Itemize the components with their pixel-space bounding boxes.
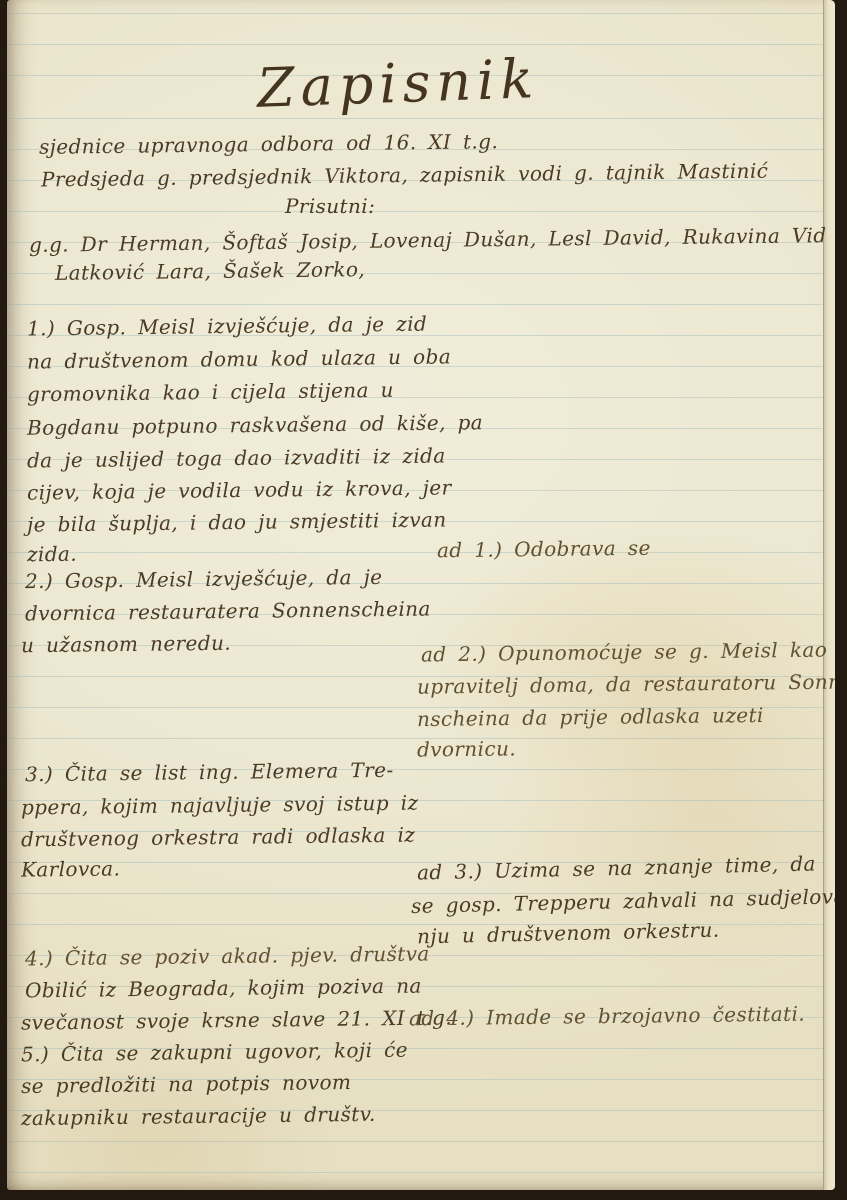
present-heading: Prisutni:: [285, 194, 375, 218]
manuscript-line: 2.) Gosp. Meisl izvješćuje, da je: [25, 565, 383, 593]
attendees-line: g.g. Dr Herman, Šoftaš Josip, Lovenaj Du…: [29, 223, 827, 257]
manuscript-line: ad 4.) Imade se brzojavno čestitati.: [409, 1002, 805, 1031]
manuscript-line: dvornicu.: [417, 736, 516, 761]
manuscript-line: cijev, koja je vodila vodu iz krova, jer: [27, 475, 452, 504]
manuscript-line: na društvenom domu kod ulaza u oba: [27, 344, 451, 373]
notebook-page: Zapisnik sjednice upravnoga odbora od 16…: [7, 0, 835, 1190]
document-title: Zapisnik: [256, 47, 540, 120]
manuscript-line: zakupniku restauracije u društv.: [21, 1102, 376, 1130]
manuscript-line: 1.) Gosp. Meisl izvješćuje, da je zid: [27, 312, 427, 341]
scanned-notebook-photo: Zapisnik sjednice upravnoga odbora od 16…: [0, 0, 847, 1200]
manuscript-line: je bila šuplja, i dao ju smjestiti izvan: [27, 507, 447, 536]
manuscript-line: u užasnom neredu.: [21, 631, 231, 658]
next-page-edge: [823, 0, 835, 1190]
manuscript-line: nju u društvenom orkestru.: [417, 918, 720, 949]
manuscript-line: ad 1.) Odobrava se: [437, 536, 651, 563]
manuscript-line: 5.) Čita se zakupni ugovor, koji će: [21, 1038, 408, 1067]
manuscript-line: 4.) Čita se poziv akad. pjev. društva: [25, 942, 430, 971]
manuscript-line: svečanost svoje krsne slave 21. XI t.g.: [21, 1005, 452, 1034]
manuscript-line: da je uslijed toga dao izvaditi iz zida: [27, 443, 446, 472]
manuscript-line: se gosp. Trepperu zahvali na sudjelova-: [411, 884, 835, 918]
manuscript-line: društvenog orkestra radi odlaska iz: [21, 823, 416, 852]
manuscript-line: 3.) Čita se list ing. Elemera Tre-: [25, 758, 394, 787]
manuscript-line: ad 2.) Opunomoćuje se g. Meisl kao: [421, 638, 827, 667]
header-chair-line: Predsjeda g. predsjednik Viktora, zapisn…: [41, 159, 769, 192]
manuscript-line: zida.: [27, 542, 77, 567]
manuscript-line: dvornica restauratera Sonnenscheina: [25, 597, 431, 626]
manuscript-line: Bogdanu potpuno raskvašena od kiše, pa: [27, 410, 483, 440]
manuscript-line: Obilić iz Beograda, kojim poziva na: [25, 974, 422, 1003]
manuscript-line: nscheina da prije odlaska uzeti: [417, 703, 764, 731]
manuscript-line: Karlovca.: [21, 856, 121, 881]
attendees-line: Latković Lara, Šašek Zorko,: [55, 257, 365, 285]
header-session-line: sjednice upravnoga odbora od 16. XI t.g.: [39, 129, 498, 159]
manuscript-line: ad 3.) Uzima se na znanje time, da: [417, 851, 816, 884]
manuscript-line: ppera, kojim najavljuje svoj istup iz: [21, 791, 419, 820]
manuscript-line: upravitelj doma, da restauratoru Sonne-: [417, 669, 835, 698]
manuscript-line: gromovnika kao i cijela stijena u: [27, 378, 394, 406]
manuscript-line: se predložiti na potpis novom: [21, 1070, 352, 1098]
